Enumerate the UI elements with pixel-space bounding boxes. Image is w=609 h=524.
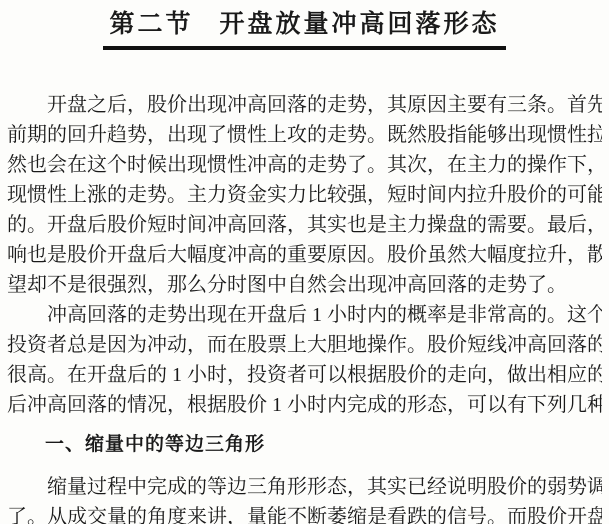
book-page: 第二节开盘放量冲高回落形态 开盘之后，股价出现冲高回落的走势，其原因主要有三条。… <box>0 0 609 524</box>
paragraph-3: 缩量过程中完成的等边三角形形态，其实已经说明股价的弱势调整的走势 了。从成交量的… <box>7 472 602 524</box>
text-line: 现惯性上涨的走势。主力资金实力比较强，短时间内拉升股价的可能性是很高 <box>7 180 602 210</box>
text-line: 前期的回升趋势，出现了惯性上攻的走势。既然股指能够出现惯性拉升，个股当 <box>7 120 602 150</box>
text-line: 响也是股价开盘后大幅度冲高的重要原因。股价虽然大幅度拉升，散户的追涨愿 <box>7 240 602 270</box>
text-line: 开盘之后，股价出现冲高回落的走势，其原因主要有三条。首先，股指延续 <box>7 90 602 120</box>
text-line: 很高。在开盘后的 1 小时，投资者可以根据股价的走向，做出相应的判断。开盘 <box>7 360 602 390</box>
section-title-text: 开盘放量冲高回落形态 <box>220 10 500 38</box>
subsection-heading: 一、缩量中的等边三角形 <box>45 430 602 459</box>
paragraph-1: 开盘之后，股价出现冲高回落的走势，其原因主要有三条。首先，股指延续 前期的回升趋… <box>7 90 602 300</box>
text-line: 投资者总是因为冲动，而在股票上大胆地操作。股价短线冲高回落的概率因此会 <box>7 330 602 360</box>
paragraph-2: 冲高回落的走势出现在开盘后 1 小时内的概率是非常高的。这个时间段中， 投资者总… <box>7 300 602 420</box>
text-line: 望却不是很强烈，那么分时图中自然会出现冲高回落的走势了。 <box>7 270 602 300</box>
section-title-number: 第二节 <box>109 10 193 38</box>
text-line: 后冲高回落的情况，根据股价 1 小时内完成的形态，可以有下列几种情况。 <box>7 390 602 420</box>
text-line: 的。开盘后股价短时间冲高回落，其实也是主力操盘的需要。最后，消息面的影 <box>7 210 602 240</box>
text-line: 然也会在这个时候出现惯性冲高的走势了。其次，在主力的操作下，个股也会出 <box>7 150 602 180</box>
section-title-block: 第二节开盘放量冲高回落形态 <box>7 8 602 50</box>
text-line: 缩量过程中完成的等边三角形形态，其实已经说明股价的弱势调整的走势 <box>7 472 602 502</box>
section-title: 第二节开盘放量冲高回落形态 <box>103 8 505 50</box>
text-line: 冲高回落的走势出现在开盘后 1 小时内的概率是非常高的。这个时间段中， <box>7 300 602 330</box>
text-line: 了。从成交量的角度来讲，量能不断萎缩是看跌的信号。而股价开盘后宽幅震荡 <box>7 502 602 524</box>
